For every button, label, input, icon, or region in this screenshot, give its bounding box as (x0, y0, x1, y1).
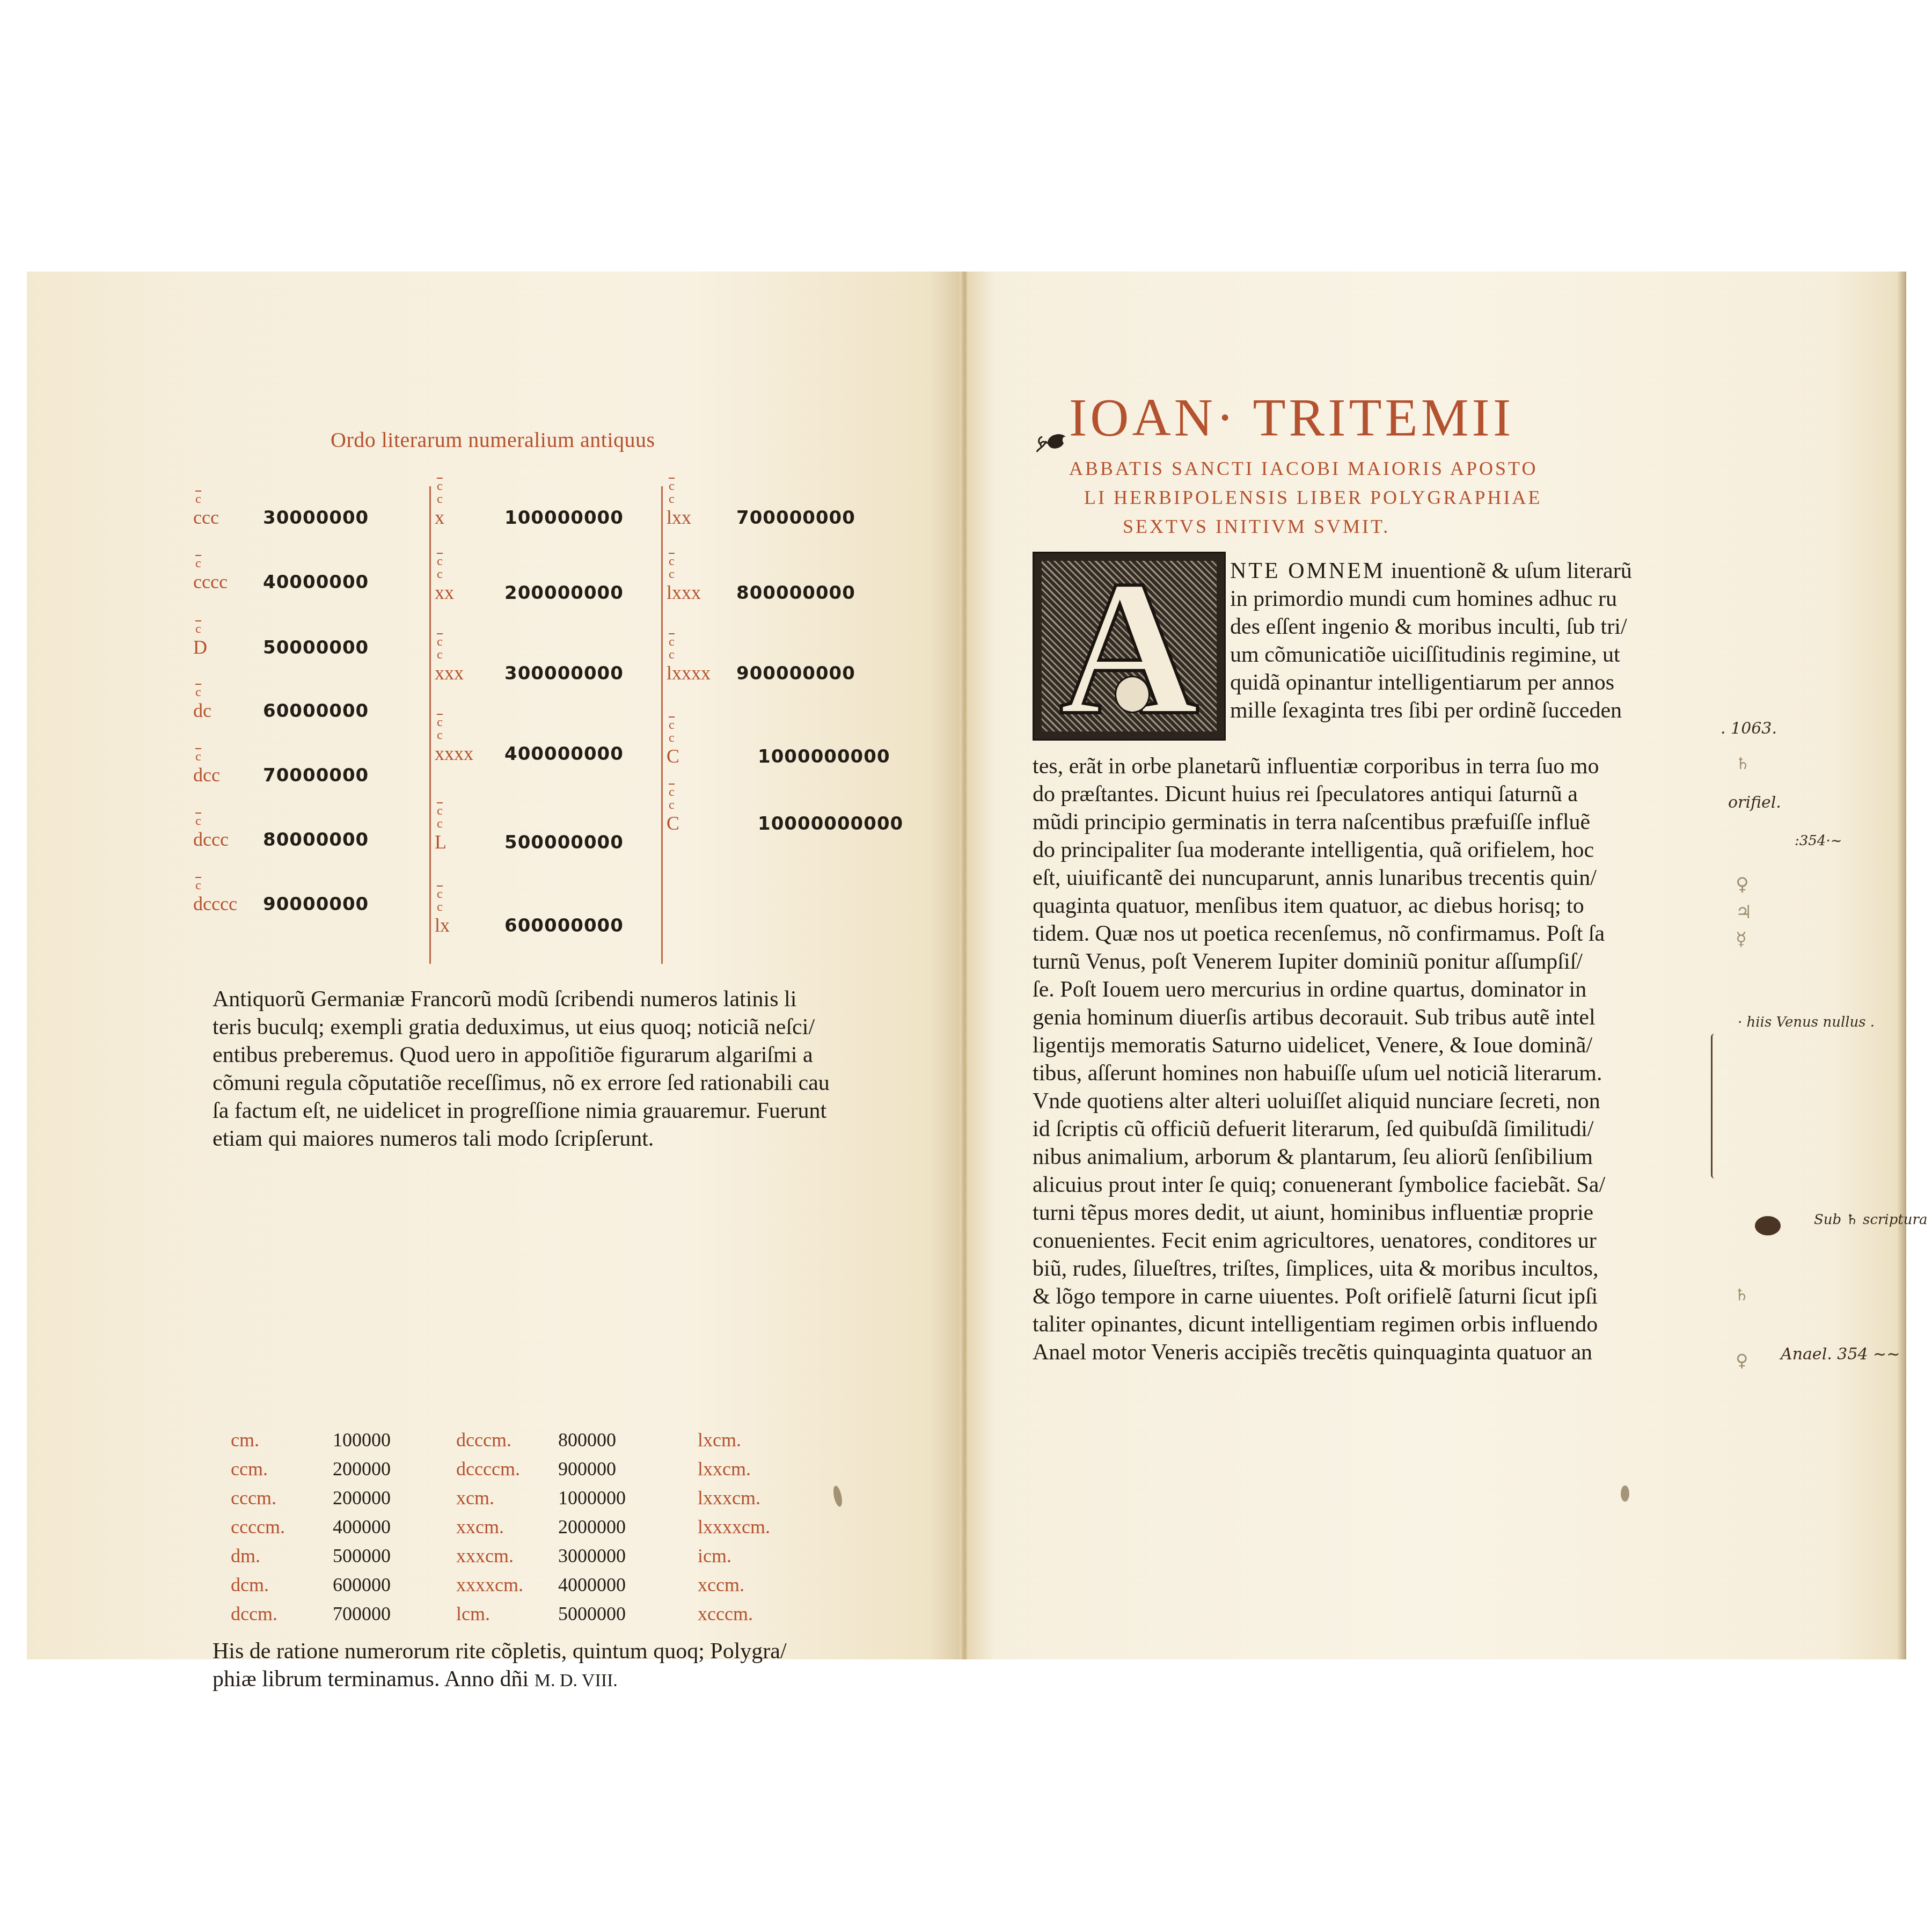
numeral-entry: cdccc80000000 (193, 830, 369, 849)
arabic-value: 800000000 (736, 584, 855, 602)
numeral-entry: ccC10000000000 (667, 814, 903, 833)
table-row: xcccm. (698, 1599, 907, 1628)
overline-stack: c (195, 877, 201, 892)
column-rule (429, 486, 431, 964)
roman-symbol: ccccc (193, 572, 252, 591)
body-beside-initial: NTE OMNEM inuentionẽ & uſum literarũ in … (1230, 557, 1675, 724)
overline-stack: c (195, 684, 201, 699)
roman-symbol: ccC (667, 814, 726, 833)
numeral-entry: cccc30000000 (193, 508, 369, 527)
table-row: dcm.600000 (231, 1570, 440, 1599)
table-row: xxxcm.3000000 (456, 1541, 665, 1570)
table-row: cm.100000 (231, 1425, 440, 1454)
subtitle-line: LI HERBIPOLENSIS LIBER POLYGRAPHIAE (1084, 486, 1542, 509)
numeral-entry: ccL500000000 (435, 832, 624, 852)
overline-stack: cc (437, 633, 443, 661)
handwritten-note: orifiel. (1728, 793, 1781, 812)
table-row: dccccm.900000 (456, 1454, 665, 1483)
numeral-entry: ccx100000000 (435, 508, 624, 527)
arabic-value: 700000000 (736, 509, 855, 527)
handwritten-note: ♄ (1735, 1286, 1749, 1305)
table-row: lxxcm. (698, 1454, 907, 1483)
handwritten-note: :354·~ (1795, 833, 1842, 849)
handwritten-note: · hiis Venus nullus . (1738, 1014, 1875, 1030)
left-page: Ordo literarum numeralium antiquus cccc3… (27, 272, 967, 1659)
wormhole (1621, 1485, 1629, 1502)
handwritten-note: Anael. 354 ~~ (1781, 1345, 1900, 1364)
roman-symbol: cccc (193, 508, 252, 527)
overline-stack: cc (437, 553, 443, 581)
table-row: xcm.1000000 (456, 1483, 665, 1512)
table-title: Ordo literarum numeralium antiquus (331, 427, 655, 452)
handwritten-note: ☿ (1736, 928, 1747, 950)
opening-words: NTE OMNEM (1230, 559, 1385, 583)
table-row: ccccm.400000 (231, 1512, 440, 1541)
body-text: tes, erãt in orbe planetarũ influentiæ c… (1033, 752, 1677, 1366)
subtitle-line: ABBATIS SANCTI IACOBI MAIORIS APOSTO (1069, 457, 1538, 480)
roman-symbol: ccxxx (435, 663, 494, 683)
numeral-entry: cdc60000000 (193, 701, 369, 720)
roman-symbol: cclx (435, 916, 494, 935)
roman-symbol: ccx (435, 508, 494, 527)
arabic-value: 100000000 (504, 509, 624, 527)
decorated-initial: A (1033, 552, 1226, 741)
arabic-value: 10000000000 (758, 815, 903, 833)
overline-stack: c (195, 813, 201, 828)
arabic-value: 80000000 (263, 831, 369, 849)
numeral-entry: ccxxxx400000000 (435, 744, 624, 763)
table-row: xccm. (698, 1570, 907, 1599)
table-row: ccm.200000 (231, 1454, 440, 1483)
arabic-value: 70000000 (263, 766, 369, 785)
numeral-entry: cclx600000000 (435, 916, 624, 935)
roman-symbol: ccxx (435, 583, 494, 602)
overline-stack: c (195, 491, 201, 506)
colophon-date: M. D. VIII. (535, 1671, 618, 1690)
roman-symbol: cD (193, 638, 252, 657)
handwritten-note: Sub ♄ scriptura (1814, 1212, 1927, 1228)
roman-symbol: cclxxx (667, 583, 726, 602)
roman-symbol: cdcccc (193, 894, 252, 913)
table-row: dccm.700000 (231, 1599, 440, 1628)
numeral-entry: ccxxx300000000 (435, 663, 624, 683)
overline-stack: cc (669, 478, 675, 506)
subtitle-line: SEXTVS INITIVM SVMIT. (1123, 515, 1390, 538)
ink-blot (1755, 1216, 1781, 1235)
overline-stack: c (195, 748, 201, 763)
numeral-entry: ccxx200000000 (435, 583, 624, 602)
handwritten-note: . 1063. (1721, 719, 1777, 738)
book-title: IOAN· TRITEMII (1069, 391, 1514, 444)
roman-numeral-table: cccc30000000ccccc40000000cD50000000cdc60… (193, 486, 907, 964)
larger-numbers-column-2: dcccm.800000dccccm.900000xcm.1000000xxcm… (456, 1425, 665, 1628)
column-rule (661, 486, 663, 964)
handwritten-note: ♀ (1736, 874, 1749, 895)
handwritten-note: ♄ (1736, 755, 1750, 773)
table-row: lxcm. (698, 1425, 907, 1454)
roman-symbol: ccxxxx (435, 744, 494, 763)
numeral-entry: ccC1000000000 (667, 747, 890, 766)
roman-symbol: cdccc (193, 830, 252, 849)
handwritten-note: ♀ (1736, 1350, 1748, 1371)
arabic-value: 300000000 (504, 664, 624, 683)
margin-bracket (1711, 1034, 1718, 1179)
larger-numbers-column-3: lxcm.lxxcm.lxxxcm.lxxxxcm.icm.xccm.xcccm… (698, 1425, 907, 1628)
arabic-value: 50000000 (263, 639, 369, 657)
overline-stack: c (195, 620, 201, 635)
cherub-face-icon (1115, 676, 1150, 713)
numeral-entry: ccccc40000000 (193, 572, 369, 591)
handwritten-note: ♃ (1736, 902, 1752, 923)
overline-stack: cc (437, 885, 443, 913)
table-row: dm.500000 (231, 1541, 440, 1570)
arabic-value: 1000000000 (758, 748, 890, 766)
arabic-value: 30000000 (263, 509, 369, 527)
numeral-entry: cD50000000 (193, 638, 369, 657)
larger-numbers-table: cm.100000ccm.200000cccm.200000ccccm.4000… (231, 1425, 875, 1635)
table-row: cccm.200000 (231, 1483, 440, 1512)
table-row: dcccm.800000 (456, 1425, 665, 1454)
overline-stack: cc (669, 716, 675, 744)
numeral-entry: cdcc70000000 (193, 765, 369, 785)
roman-symbol: ccC (667, 747, 726, 766)
colophon: His de ratione numerorum rite cõpletis, … (213, 1637, 910, 1695)
roman-symbol: cclxxxx (667, 663, 726, 683)
table-row: xxcm.2000000 (456, 1512, 665, 1541)
fleuron-icon (1036, 427, 1068, 454)
arabic-value: 900000000 (736, 664, 855, 683)
book-spread: Ordo literarum numeralium antiquus cccc3… (27, 272, 1906, 1659)
roman-symbol: cdc (193, 701, 252, 720)
overline-stack: cc (437, 714, 443, 742)
arabic-value: 60000000 (263, 702, 369, 720)
numeral-entry: cclxxxx900000000 (667, 663, 855, 683)
arabic-value: 200000000 (504, 584, 624, 602)
table-row: icm. (698, 1541, 907, 1570)
table-row: lxxxxcm. (698, 1512, 907, 1541)
arabic-value: 90000000 (263, 895, 369, 913)
roman-symbol: ccL (435, 832, 494, 852)
arabic-value: 40000000 (263, 573, 369, 591)
numeral-entry: cdcccc90000000 (193, 894, 369, 913)
overline-stack: c (195, 555, 201, 570)
overline-stack: cc (669, 553, 675, 581)
overline-stack: cc (669, 784, 675, 811)
right-page: IOAN· TRITEMII ABBATIS SANCTI IACOBI MAI… (967, 272, 1906, 1659)
overline-stack: cc (437, 478, 443, 506)
explanatory-paragraph: Antiquorũ Germaniæ Francorũ modũ ſcriben… (213, 985, 910, 1153)
roman-symbol: cclxx (667, 508, 726, 527)
overline-stack: cc (669, 633, 675, 661)
table-row: lxxxcm. (698, 1483, 907, 1512)
overline-stack: cc (437, 802, 443, 830)
numeral-entry: cclxx700000000 (667, 508, 855, 527)
arabic-value: 500000000 (504, 833, 624, 852)
larger-numbers-column-1: cm.100000ccm.200000cccm.200000ccccm.4000… (231, 1425, 440, 1628)
arabic-value: 400000000 (504, 745, 624, 763)
numeral-entry: cclxxx800000000 (667, 583, 855, 602)
table-row: lcm.5000000 (456, 1599, 665, 1628)
arabic-value: 600000000 (504, 917, 624, 935)
table-row: xxxxcm.4000000 (456, 1570, 665, 1599)
roman-symbol: cdcc (193, 765, 252, 785)
